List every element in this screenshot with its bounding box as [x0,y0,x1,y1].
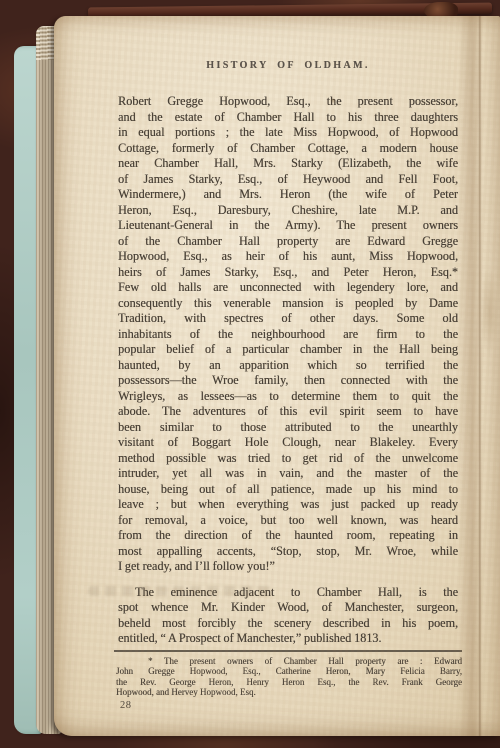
paragraph: The eminence adjacent to Chamber Hall, i… [118,585,458,647]
body-text: Robert Gregge Hopwood, Esq., the present… [118,94,458,647]
text-line: the Rev. George Heron, Henry Heron Esq.,… [116,677,462,687]
page-number: 28 [120,700,132,711]
text-line: from the direction of the haunted room, … [118,528,458,544]
text-line: haunted, by an apparition which so terri… [118,358,458,374]
text-line: intruder, yet all was in vain, and the m… [118,466,458,482]
text-line: leave ; but when everything was just pac… [118,497,458,513]
text-line: heirs of James Starky, Esq., and Peter H… [118,265,458,281]
text-line: Heron, Esq., Daresbury, Cheshire, late M… [118,203,458,219]
text-line: inhabitants of the neighbourhood are fir… [118,327,458,343]
text-line: in equal portions ; the late Miss Hopwoo… [118,125,458,141]
running-head: HISTORY OF OLDHAM. [118,60,458,71]
text-line: entitled, “ A Prospect of Manchester,” p… [118,631,458,647]
text-line: Wrigleys, as lessees—as to determine the… [118,389,458,405]
text-line: most appalling accents, “Stop, stop, Mr.… [118,544,458,560]
text-line: I get ready, and I’ll follow you!” [118,559,458,575]
text-line: Lieutenant-General in the Army). The pre… [118,218,458,234]
text-line: possessors—the Wroe family, then connect… [118,373,458,389]
footnote-rule [114,650,462,652]
text-line: popular belief of a particular chamber i… [118,342,458,358]
text-line: Hopwood, Esq., as heir of his aunt, Miss… [118,249,458,265]
text-line: near Chamber Hall, Mrs. Starky (Elizabet… [118,156,458,172]
text-line: and the estate of Chamber Hall to his th… [118,110,458,126]
text-line: abode. The adventures of this evil spiri… [118,404,458,420]
text-line: method possible was tried to get rid of … [118,451,458,467]
text-line: of James Starky, Esq., of Heywood and Fe… [118,172,458,188]
text-line: Tradition, with spectres of other days. … [118,311,458,327]
text-line: * The present owners of Chamber Hall pro… [116,656,462,666]
text-line: Few old halls are unconnected with legen… [118,280,458,296]
text-line: been similar to those attributed to the … [118,420,458,436]
text-line: for removal, a voice, but too well known… [118,513,458,529]
text-line: visitant of Boggart Hole Clough, near Bl… [118,435,458,451]
text-line: John Gregge Hopwood, Esq., Catherine Her… [116,666,462,676]
text-line: beheld most forcibly the scenery describ… [118,616,458,632]
edge-stain [480,266,498,356]
text-line: Windermere,) and Mrs. Heron (the wife of… [118,187,458,203]
text-line: of the Chamber Hall property are Edward … [118,234,458,250]
text-line: Robert Gregge Hopwood, Esq., the present… [118,94,458,110]
text-line: spot whence Mr. Kinder Wood, of Manchest… [118,600,458,616]
text-line: house, being out of all patience, made u… [118,482,458,498]
paragraph: Robert Gregge Hopwood, Esq., the present… [118,94,458,575]
text-line: The eminence adjacent to Chamber Hall, i… [118,585,458,601]
fore-edge-shading [458,16,500,736]
text-line: Hopwood, and Hervey Hopwood, Esq. [116,687,462,697]
book-page: HISTORY OF OLDHAM. Robert Gregge Hopwood… [54,16,500,736]
book-photo: HISTORY OF OLDHAM. Robert Gregge Hopwood… [0,0,500,748]
footnote: * The present owners of Chamber Hall pro… [116,656,462,697]
text-line: consequently this venerable mansion is p… [118,296,458,312]
text-line: Cottage, formerly of Chamber Cottage, a … [118,141,458,157]
